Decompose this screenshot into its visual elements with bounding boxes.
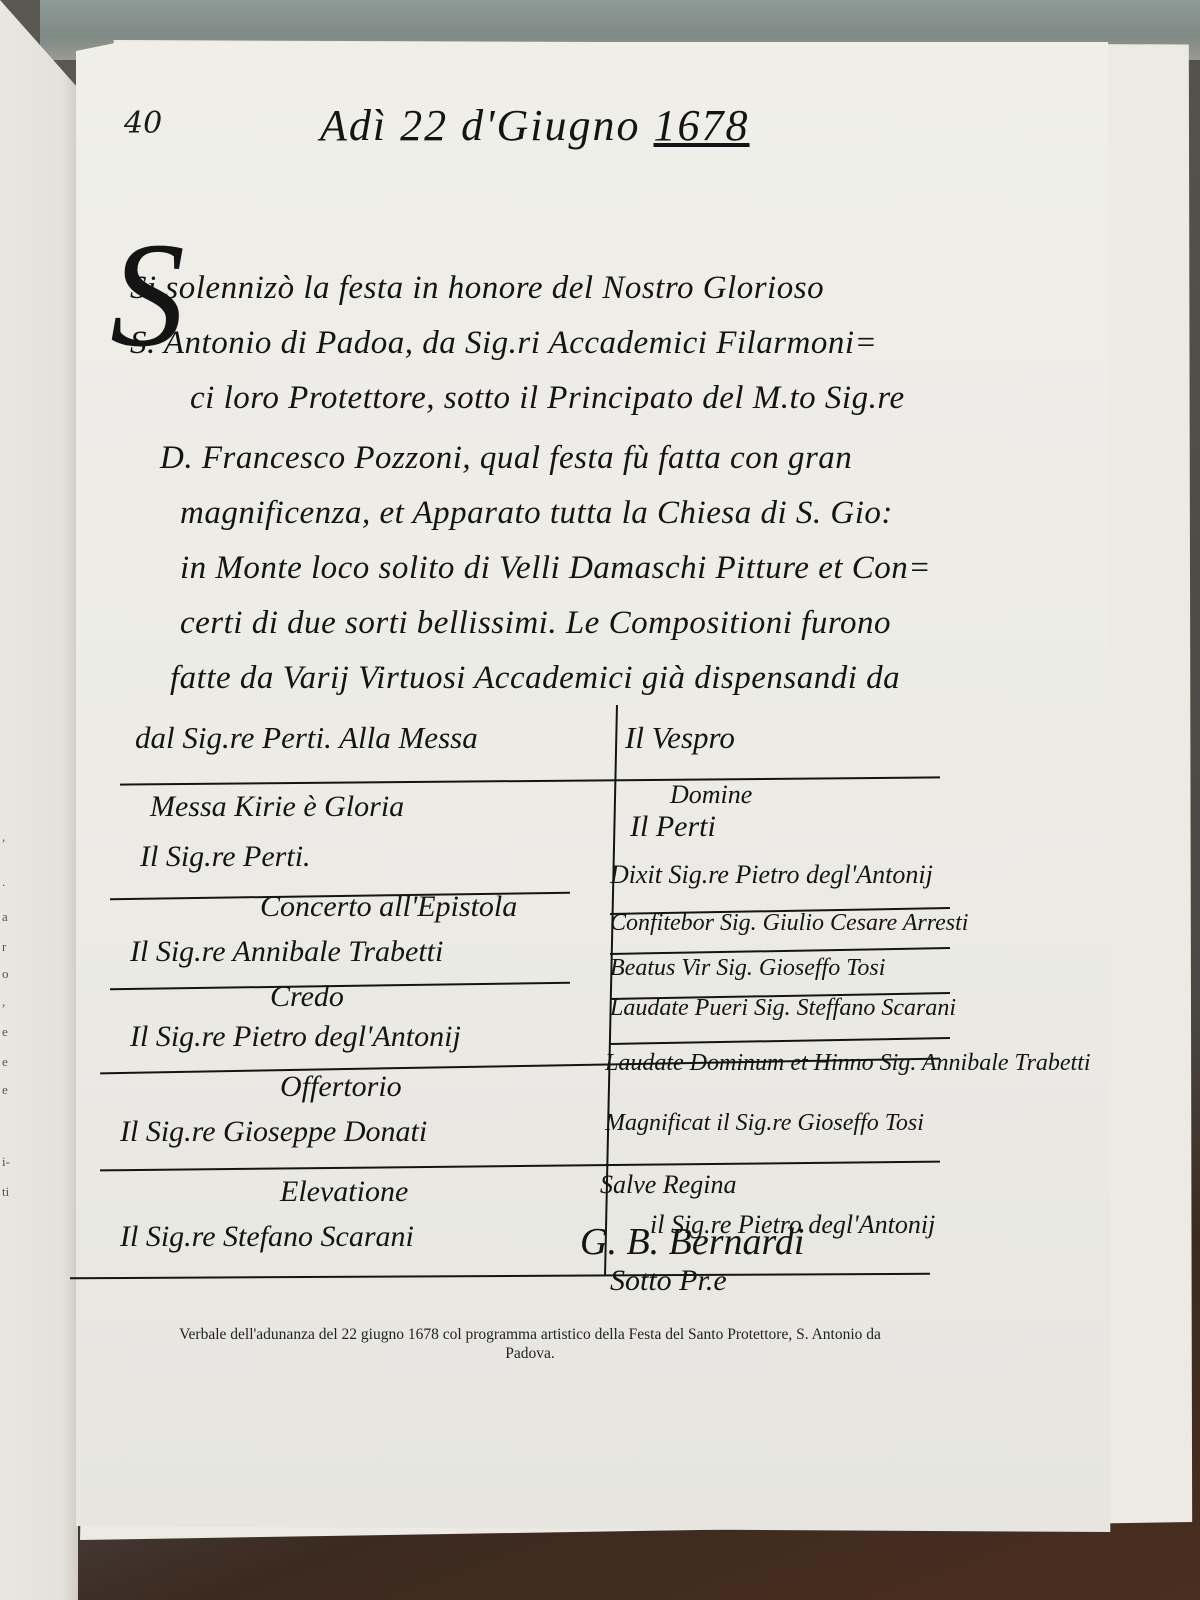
- signature: G. B. Bernardi Sotto Pr.e: [580, 1220, 804, 1298]
- left-facing-page: , . a r o , e e e i- ti: [0, 0, 78, 1600]
- program-entry: Laudate Pueri Sig. Steffano Scarani: [610, 995, 956, 1022]
- program-composer: Sig.re Pietro degl'Antonij: [669, 860, 933, 889]
- body-line: Si solennizò la festa in honore del Nost…: [130, 270, 824, 307]
- program-piece: Beatus Vir: [610, 955, 710, 981]
- program-piece: Elevatione: [280, 1175, 408, 1209]
- program-composer: Sig. Gioseffo Tosi: [716, 955, 885, 981]
- text-fragment: e: [2, 1050, 8, 1074]
- program-composer: Sig. Annibale Trabetti: [880, 1050, 1091, 1076]
- body-line: in Monte loco solito di Velli Damaschi P…: [180, 550, 931, 587]
- program-piece: Confitebor: [610, 910, 714, 936]
- text-fragment: o: [2, 962, 9, 986]
- program-composer: Il Sig.re Gioseppe Donati: [120, 1115, 427, 1149]
- body-line: D. Francesco Pozzoni, qual festa fù fatt…: [160, 440, 852, 477]
- program-entry: Dixit Sig.re Pietro degl'Antonij: [610, 860, 933, 890]
- signature-title: Sotto Pr.e: [610, 1264, 804, 1298]
- figure-caption: Verbale dell'adunanza del 22 giugno 1678…: [170, 1325, 890, 1363]
- program-piece: Domine: [670, 780, 752, 810]
- text-fragment: e: [2, 1020, 8, 1044]
- text-fragment: ,: [2, 990, 5, 1014]
- program-piece: Laudate Dominum et Hinno: [605, 1050, 874, 1076]
- program-header-left: dal Sig.re Perti. Alla Messa: [135, 720, 478, 756]
- table-rule: [100, 1161, 940, 1172]
- program-composer: Il Sig.re Pietro degl'Antonij: [130, 1020, 461, 1054]
- text-fragment: e: [2, 1078, 8, 1102]
- program-composer: Sig. Giulio Cesare Arresti: [720, 910, 968, 936]
- text-fragment: a: [2, 905, 8, 929]
- program-composer: Il Sig.re Perti.: [140, 840, 311, 874]
- program-piece: Messa Kirie è Gloria: [150, 790, 404, 824]
- program-piece: Credo: [270, 980, 344, 1014]
- program-piece: Offertorio: [280, 1070, 402, 1104]
- program-piece: Dixit: [610, 860, 662, 889]
- table-rule: [120, 776, 940, 785]
- text-fragment: ,: [2, 825, 5, 849]
- text-fragment: i-: [2, 1150, 10, 1174]
- program-composer: Sig. Steffano Scarani: [754, 995, 956, 1021]
- body-line: ci loro Protettore, sotto il Principato …: [190, 380, 905, 417]
- program-header-right: Il Vespro: [625, 720, 735, 756]
- header-date: Adì 22 d'Giugno 1678: [320, 100, 750, 151]
- program-composer: Il Sig.re Annibale Trabetti: [130, 935, 443, 969]
- text-fragment: .: [2, 870, 5, 894]
- date-year: 1678: [654, 101, 750, 150]
- date-text: Adì 22 d'Giugno: [320, 101, 641, 150]
- program-entry: Laudate Dominum et Hinno Sig. Annibale T…: [605, 1050, 1091, 1077]
- program-piece: Laudate Pueri: [610, 995, 748, 1021]
- program-entry: Beatus Vir Sig. Gioseffo Tosi: [610, 955, 885, 982]
- program-composer: Il Sig.re Stefano Scarani: [120, 1220, 414, 1254]
- program-piece: Concerto all'Epistola: [260, 890, 517, 924]
- program-piece: Salve Regina: [600, 1170, 736, 1200]
- text-fragment: ti: [2, 1180, 9, 1204]
- program-entry: Confitebor Sig. Giulio Cesare Arresti: [610, 910, 968, 937]
- manuscript-facsimile: Adì 22 d'Giugno 1678 S Si solennizò la f…: [90, 80, 970, 1310]
- program-composer: Il Perti: [630, 810, 716, 844]
- table-rule: [610, 1037, 950, 1045]
- program-piece: Magnificat: [605, 1110, 710, 1136]
- signature-name: G. B. Bernardi: [580, 1221, 804, 1263]
- text-fragment: r: [2, 935, 6, 959]
- table-rule: [610, 947, 950, 955]
- body-line: fatte da Varij Virtuosi Accademici già d…: [170, 660, 900, 697]
- body-line: magnificenza, et Apparato tutta la Chies…: [180, 495, 893, 532]
- body-line: certi di due sorti bellissimi. Le Compos…: [180, 605, 891, 642]
- body-line: S. Antonio di Padoa, da Sig.ri Accademic…: [130, 325, 877, 362]
- program-entry: Magnificat il Sig.re Gioseffo Tosi: [605, 1110, 924, 1137]
- program-composer: il Sig.re Gioseffo Tosi: [716, 1110, 924, 1136]
